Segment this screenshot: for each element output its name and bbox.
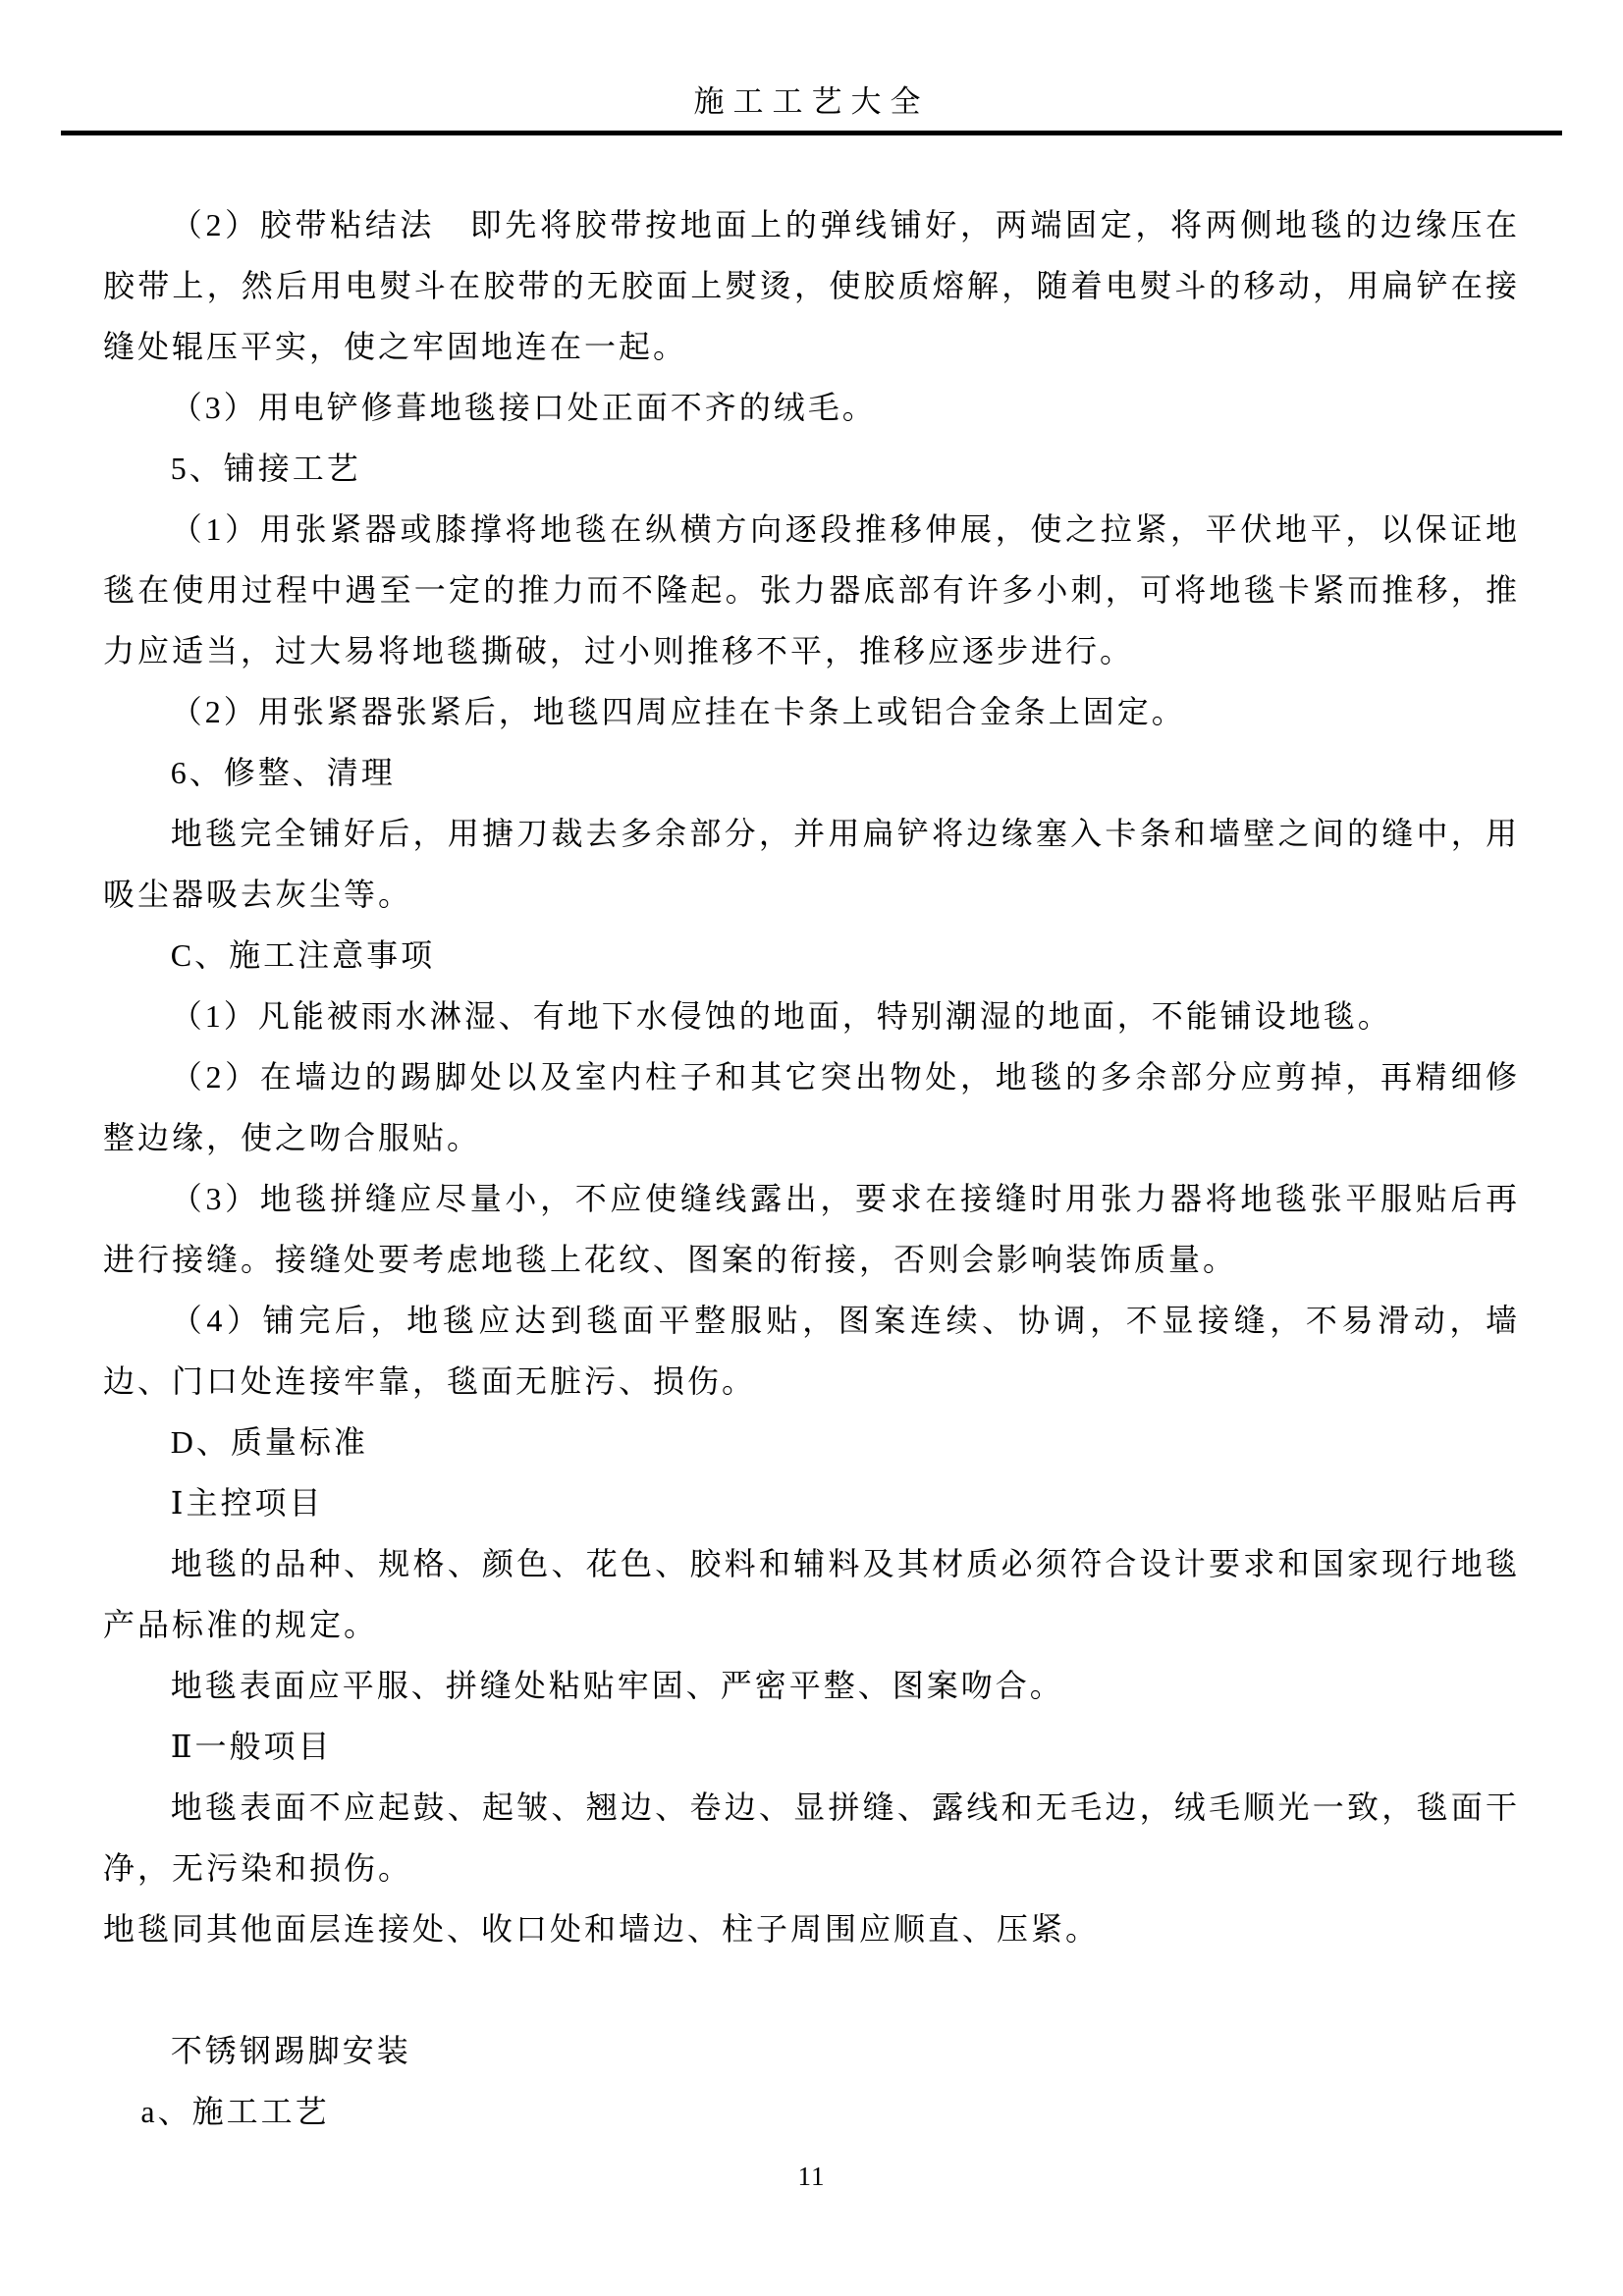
paragraph: Ⅰ主控项目 [103, 1472, 1520, 1533]
paragraph: （4）铺完后，地毯应达到毯面平整服贴，图案连续、协调，不显接缝，不易滑动，墙边、… [103, 1290, 1520, 1412]
paragraph: （2）胶带粘结法 即先将胶带按地面上的弹线铺好，两端固定，将两侧地毯的边缘压在胶… [103, 194, 1520, 377]
paragraph: 地毯完全铺好后，用搪刀裁去多余部分，并用扁铲将边缘塞入卡条和墙壁之间的缝中，用吸… [103, 803, 1520, 925]
paragraph: 地毯表面应平服、拼缝处粘贴牢固、严密平整、图案吻合。 [103, 1655, 1520, 1716]
paragraph: （2）用张紧器张紧后，地毯四周应挂在卡条上或铝合金条上固定。 [103, 681, 1520, 742]
paragraph: 地毯同其他面层连接处、收口处和墙边、柱子周围应顺直、压紧。 [103, 1898, 1520, 1959]
paragraph: 5、铺接工艺 [103, 438, 1520, 499]
paragraph: （1）凡能被雨水淋湿、有地下水侵蚀的地面，特别潮湿的地面，不能铺设地毯。 [103, 986, 1520, 1046]
document-page: 施工工艺大全 （2）胶带粘结法 即先将胶带按地面上的弹线铺好，两端固定，将两侧地… [0, 0, 1623, 2296]
paragraph: （2）在墙边的踢脚处以及室内柱子和其它突出物处，地毯的多余部分应剪掉，再精细修整… [103, 1046, 1520, 1168]
document-body: （2）胶带粘结法 即先将胶带按地面上的弹线铺好，两端固定，将两侧地毯的边缘压在胶… [103, 194, 1520, 2142]
paragraph: （3）地毯拼缝应尽量小，不应使缝线露出，要求在接缝时用张力器将地毯张平服贴后再进… [103, 1168, 1520, 1290]
paragraph: C、施工注意事项 [103, 925, 1520, 986]
page-header: 施工工艺大全 [0, 0, 1623, 135]
paragraph: 地毯表面不应起鼓、起皱、翘边、卷边、显拼缝、露线和无毛边，绒毛顺光一致，毯面干净… [103, 1777, 1520, 1898]
paragraph: a、施工工艺 [103, 2081, 1520, 2142]
paragraph: （1）用张紧器或膝撑将地毯在纵横方向逐段推移伸展，使之拉紧，平伏地平，以保证地毯… [103, 499, 1520, 681]
paragraph: D、质量标准 [103, 1412, 1520, 1472]
page-footer: 11 [0, 2162, 1623, 2192]
page-header-title: 施工工艺大全 [694, 82, 930, 122]
paragraph: 地毯的品种、规格、颜色、花色、胶料和辅料及其材质必须符合设计要求和国家现行地毯产… [103, 1533, 1520, 1655]
header-rule [61, 131, 1562, 135]
paragraph: 6、修整、清理 [103, 742, 1520, 803]
paragraph: 不锈钢踢脚安装 [103, 2020, 1520, 2081]
paragraph: （3）用电铲修葺地毯接口处正面不齐的绒毛。 [103, 377, 1520, 438]
paragraph: Ⅱ一般项目 [103, 1716, 1520, 1777]
page-number: 11 [798, 2162, 826, 2191]
